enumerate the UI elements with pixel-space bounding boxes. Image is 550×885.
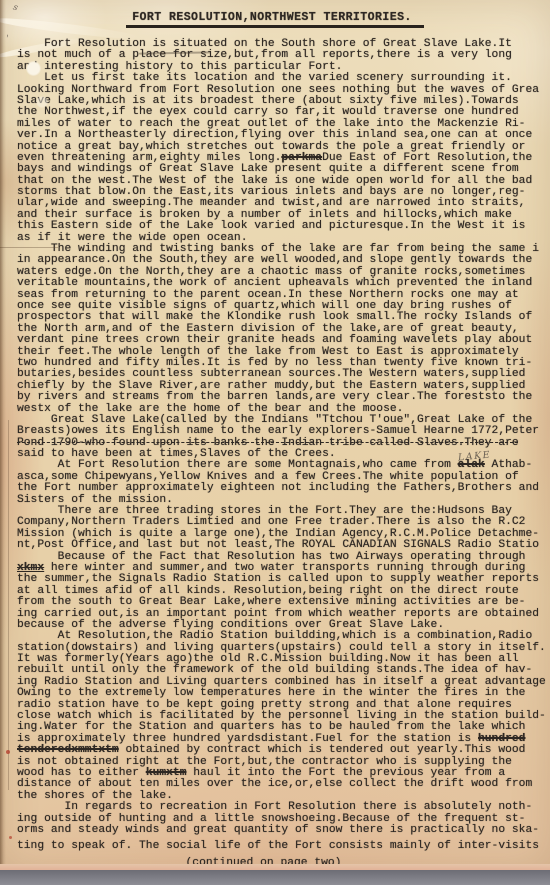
text-line: ver.In a Northeasterly direction,flying … xyxy=(17,130,550,141)
handwritten-annotation: LAKE xyxy=(457,450,491,464)
text-line: ting to speak of. The social life of the… xyxy=(17,841,550,852)
text-line: verdant pine trees crown their granite h… xyxy=(17,335,550,346)
title-row: FORT RESOLUTION,NORTHWEST TERRITORIES. xyxy=(0,7,550,28)
red-stain xyxy=(9,836,12,839)
punch-hole xyxy=(26,61,41,76)
paper-crease xyxy=(0,247,58,248)
corrected-word: LAKEalak xyxy=(458,459,485,471)
text-line: from the south to Great Bear Lake,where … xyxy=(17,597,550,608)
page-title: FORT RESOLUTION,NORTHWEST TERRITORIES. xyxy=(126,11,424,28)
paper-sheet: FORT RESOLUTION,NORTHWEST TERRITORIES. F… xyxy=(0,0,550,870)
text-line: by rivers and streams from the barren la… xyxy=(17,392,550,403)
scanned-page: FORT RESOLUTION,NORTHWEST TERRITORIES. F… xyxy=(0,0,550,885)
text-line: Owing to the extremely low temperatures … xyxy=(17,688,550,699)
text-line: Breasts)owes its English name to the ear… xyxy=(17,426,550,437)
paper-crease xyxy=(8,420,9,790)
red-stain xyxy=(6,750,10,754)
text-line: bays and windings of Great Slave Lake pr… xyxy=(17,164,550,175)
paper-bottom-edge xyxy=(0,864,550,870)
text-line: this Eastern side of the Lake look varie… xyxy=(17,221,550,232)
text-line: orms and steady winds and great quantity… xyxy=(17,825,550,836)
text-line: In regards to recreation in Fort Resolut… xyxy=(17,802,550,813)
struck-text: tenderedxmmtxtm xyxy=(17,744,119,756)
text-line: veritable mountains,the work of ancient … xyxy=(17,278,550,289)
document-body: Fort Resolution is situated on the South… xyxy=(0,39,550,869)
text-line: the Fort number approximately eighteen n… xyxy=(17,483,550,494)
text-line: Let us first take its location and the v… xyxy=(17,73,550,84)
text-line: butaries,besides countless subterranean … xyxy=(17,369,550,380)
scan-left-edge xyxy=(0,0,6,870)
text-line: At Resolution,the Radio Station builddin… xyxy=(17,631,550,642)
text-line: nt,Post Office,and last but not least,Th… xyxy=(17,540,550,551)
punch-hole xyxy=(36,96,48,108)
text-line: tenderedxmmtxtm obtained by contract whi… xyxy=(17,745,550,756)
